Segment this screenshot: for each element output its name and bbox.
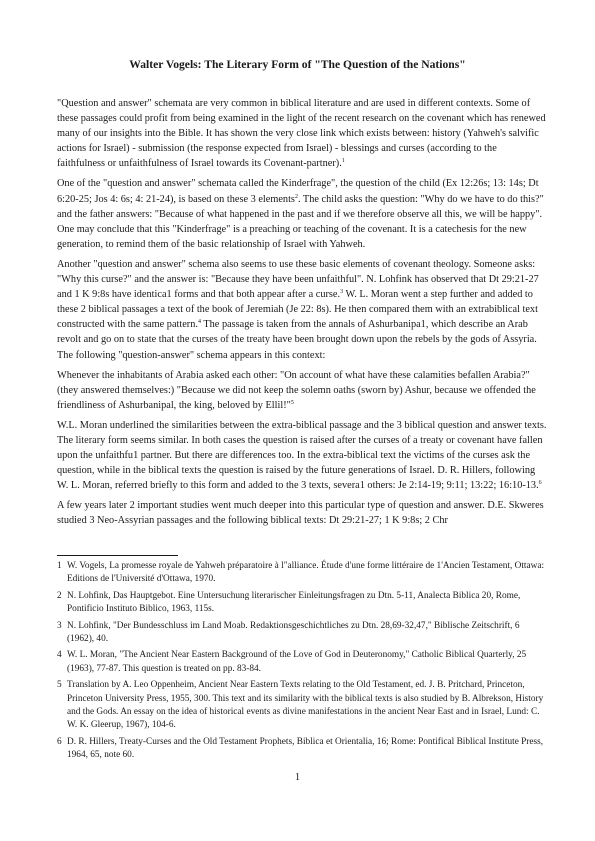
- footnote-4: 4W. L. Moran, "The Ancient Near Eastern …: [57, 649, 547, 676]
- footnote-3: 3N. Lohfink, "Der Bundesschluss im Land …: [57, 620, 547, 647]
- page-title: Walter Vogels: The Literary Form of "The…: [57, 58, 538, 72]
- paragraph-quote: Whenever the inhabitants of Arabia asked…: [57, 368, 547, 413]
- footnote-1: 1W. Vogels, La promesse royale de Yahweh…: [57, 560, 547, 587]
- paragraph-6: A few years later 2 important studies we…: [57, 498, 547, 528]
- paragraph-1: "Question and answer" schemata are very …: [57, 96, 547, 171]
- footnotes: 1W. Vogels, La promesse royale de Yahweh…: [57, 560, 547, 766]
- body-text: "Question and answer" schemata are very …: [57, 96, 547, 534]
- footnote-2: 2N. Lohfink, Das Hauptgebot. Eine Unters…: [57, 590, 547, 617]
- footnote-5: 5Translation by A. Leo Oppenheim, Ancien…: [57, 679, 547, 733]
- footnote-ref-5[interactable]: 5: [291, 400, 294, 406]
- footnote-separator: [57, 555, 178, 556]
- footnote-ref-6[interactable]: 6: [539, 480, 542, 486]
- paragraph-2: One of the "question and answer" schemat…: [57, 176, 547, 251]
- footnote-6: 6D. R. Hillers, Treaty-Curses and the Ol…: [57, 736, 547, 763]
- footnote-ref-1[interactable]: 1: [342, 158, 345, 164]
- paragraph-5: W.L. Moran underlined the similarities b…: [57, 418, 547, 493]
- paragraph-3: Another "question and answer" schema als…: [57, 257, 547, 363]
- page-number: 1: [57, 772, 538, 783]
